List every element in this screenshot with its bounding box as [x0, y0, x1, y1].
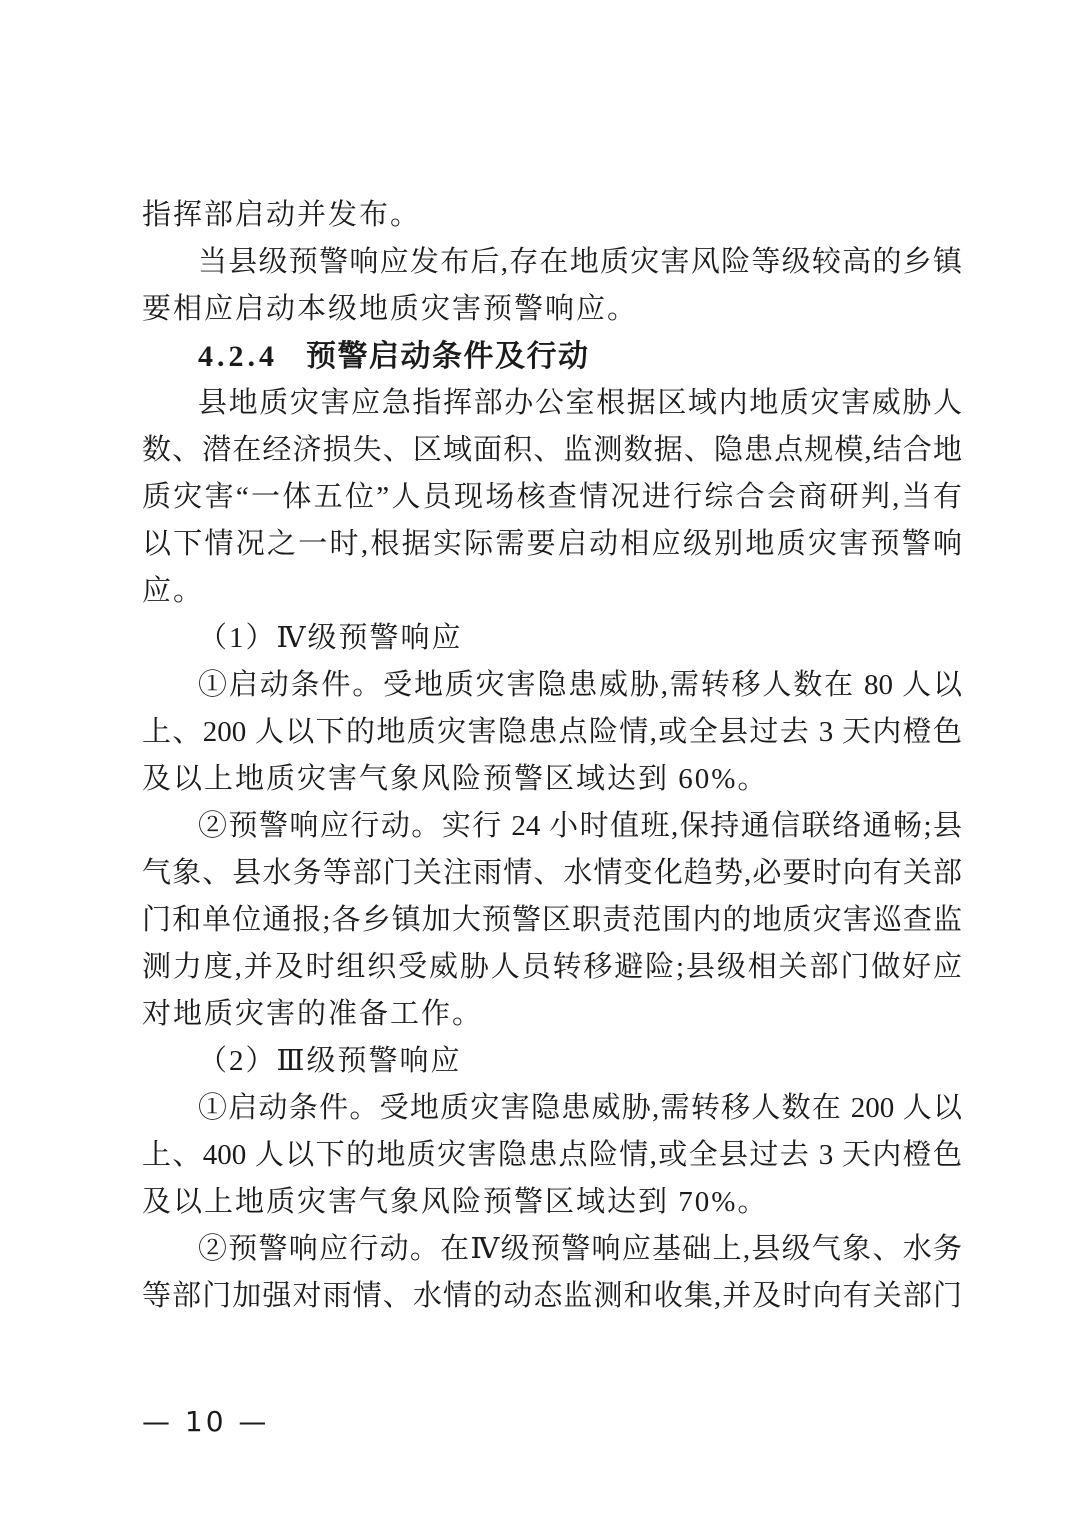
text-line: 要相应启动本级地质灾害预警响应。 [142, 286, 962, 333]
text-line: （2）Ⅲ级预警响应 [142, 1038, 962, 1085]
text-line: 及以上地质灾害气象风险预警区域达到 70%。 [142, 1179, 962, 1226]
page-footer: — 10 — [142, 1405, 269, 1438]
text-line: 指挥部启动并发布。 [142, 192, 962, 239]
text-line: 质灾害“一体五位”人员现场核查情况进行综合会商研判,当有 [142, 474, 962, 521]
text-line: 县地质灾害应急指挥部办公室根据区域内地质灾害威胁人 [142, 380, 962, 427]
text-line: ①启动条件。受地质灾害隐患威胁,需转移人数在 80 人以 [142, 662, 962, 709]
section-heading: 4.2.4预警启动条件及行动 [142, 333, 962, 380]
text-line: ①启动条件。受地质灾害隐患威胁,需转移人数在 200 人以 [142, 1085, 962, 1132]
document-page: { "page": { "background_color": "#ffffff… [0, 0, 1074, 1520]
text-line: 气象、县水务等部门关注雨情、水情变化趋势,必要时向有关部 [142, 850, 962, 897]
document-body: 指挥部启动并发布。当县级预警响应发布后,存在地质灾害风险等级较高的乡镇要相应启动… [142, 192, 962, 1320]
page-number: — 10 — [142, 1405, 269, 1438]
text-line: 当县级预警响应发布后,存在地质灾害风险等级较高的乡镇 [142, 239, 962, 286]
section-title: 预警启动条件及行动 [306, 340, 590, 373]
text-line: ②预警响应行动。在Ⅳ级预警响应基础上,县级气象、水务 [142, 1226, 962, 1273]
text-line: 数、潜在经济损失、区域面积、监测数据、隐患点规模,结合地 [142, 427, 962, 474]
text-line: 以下情况之一时,根据实际需要启动相应级别地质灾害预警响 [142, 521, 962, 568]
text-line: 上、400 人以下的地质灾害隐患点险情,或全县过去 3 天内橙色 [142, 1132, 962, 1179]
section-number: 4.2.4 [198, 340, 278, 373]
page-background: 指挥部启动并发布。当县级预警响应发布后,存在地质灾害风险等级较高的乡镇要相应启动… [0, 0, 1074, 1520]
text-line: 测力度,并及时组织受威胁人员转移避险;县级相关部门做好应 [142, 944, 962, 991]
text-line: （1）Ⅳ级预警响应 [142, 615, 962, 662]
text-line: 及以上地质灾害气象风险预警区域达到 60%。 [142, 756, 962, 803]
text-line: 应。 [142, 568, 962, 615]
text-line: 对地质灾害的准备工作。 [142, 991, 962, 1038]
text-line: 门和单位通报;各乡镇加大预警区职责范围内的地质灾害巡查监 [142, 897, 962, 944]
text-line: 上、200 人以下的地质灾害隐患点险情,或全县过去 3 天内橙色 [142, 709, 962, 756]
text-line: ②预警响应行动。实行 24 小时值班,保持通信联络通畅;县 [142, 803, 962, 850]
text-line: 等部门加强对雨情、水情的动态监测和收集,并及时向有关部门 [142, 1273, 962, 1320]
